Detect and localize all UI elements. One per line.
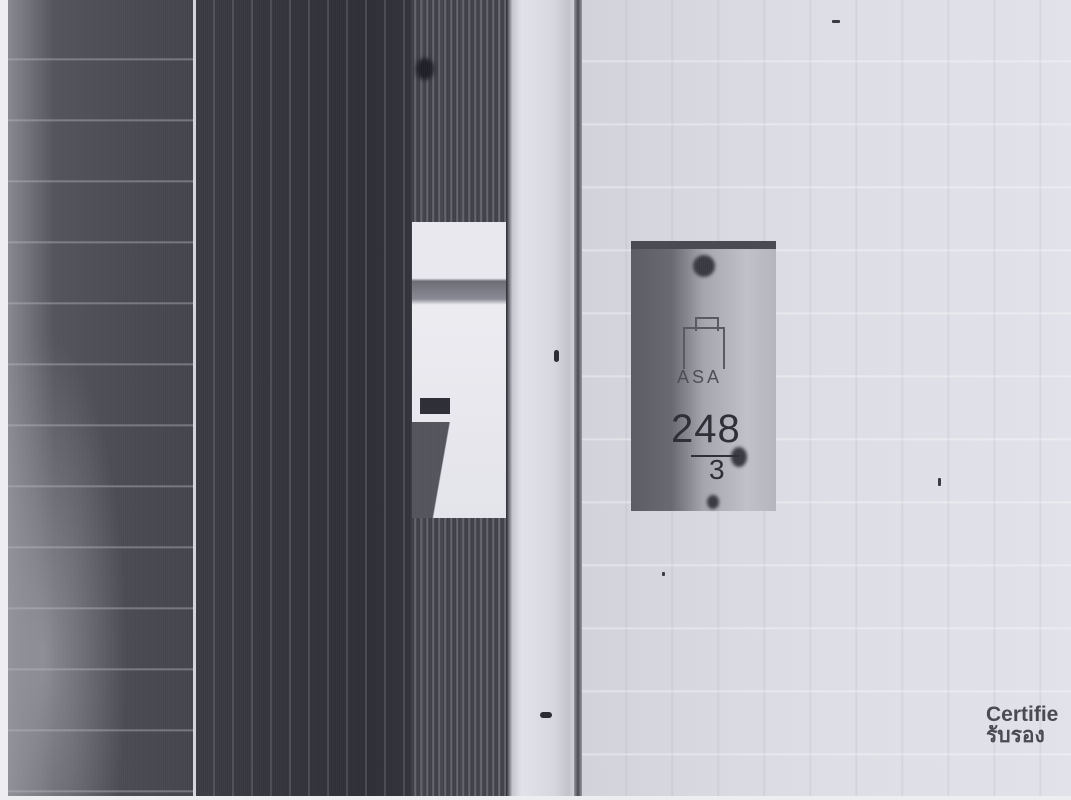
door-frame — [506, 0, 576, 796]
photograph: ASA 248 3 — [8, 0, 1071, 796]
certification-stamp: Certifie รับรอง — [986, 704, 1058, 746]
stamp-line-thai: รับรอง — [986, 725, 1058, 746]
plaque-sub-number: 3 — [709, 454, 725, 486]
door-frame-edge — [574, 0, 582, 796]
window-opening — [412, 222, 506, 518]
scanned-photo-page: ASA 248 3 Certifie รับรอง — [0, 0, 1071, 800]
hinge-fixture — [420, 398, 450, 414]
shadow-wedge — [412, 422, 457, 518]
dark-spot — [416, 58, 434, 80]
plaque-number: 248 — [671, 407, 741, 452]
plaque-brand: ASA — [677, 367, 722, 388]
frame-mark — [554, 350, 559, 362]
stamp-line-english: Certifie — [986, 704, 1058, 725]
wall-mark — [662, 572, 665, 576]
nameplate: ASA 248 3 — [631, 241, 776, 511]
frame-mark — [540, 712, 552, 718]
building-logo-icon — [683, 327, 725, 369]
wall-mark — [832, 20, 840, 23]
light-reflection — [8, 330, 128, 796]
wall-mark — [938, 478, 941, 486]
dark-wall-panel — [8, 0, 193, 796]
plaque-blot — [707, 495, 719, 509]
plaque-blot — [693, 255, 715, 277]
